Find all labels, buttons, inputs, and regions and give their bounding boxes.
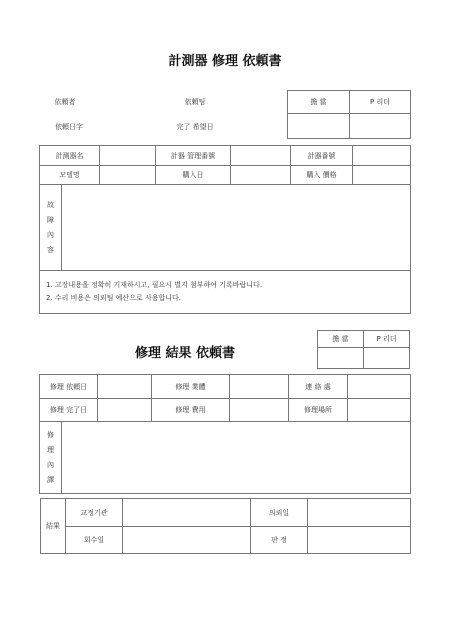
approval-header-staff: 擔 當 [288,91,350,114]
notes-box: 1. 고장내용을 정확히 기재하시고, 필요시 별지 첨부하여 기록바랍니다. … [40,271,411,314]
contact-field[interactable] [348,375,411,399]
result-approval-sign-leader[interactable] [364,348,410,369]
requester-label: 依頼者 [45,97,85,107]
repair-cost-field[interactable] [230,399,289,422]
management-number-field[interactable] [231,146,291,166]
calibration-agency-label: 교정기관 [66,499,123,527]
repair-details-section: 修 理 內 譯 [39,421,411,494]
purchase-date-label: 購入日 [156,166,231,185]
result-approval-header-staff: 擔 當 [318,331,364,348]
fault-section: 故 障 內 容 1. 고장내용을 정확히 기재하시고, 필요시 별지 첨부하여 … [39,184,411,314]
note-2: 2. 수리 비용은 의뢰팀 예산으로 사용합니다. [46,292,410,305]
result-approval-header-leader: P 리더 [364,331,410,348]
judgment-field[interactable] [308,527,411,554]
purchase-price-field[interactable] [353,166,411,185]
instrument-name-field[interactable] [100,146,156,166]
approval-header-leader: P 리더 [350,91,411,114]
result-table: 結果 교정기관 의뢰일 회수일 판 정 [40,498,411,554]
request-date-field[interactable] [308,499,411,527]
desired-completion-label: 完了 希望日 [165,122,225,132]
result-approval-sign-staff[interactable] [318,348,364,369]
repair-request-date-field[interactable] [98,375,152,399]
request-info-table: 計測器名 計器 管理番號 計器番號 모델명 購入日 購入 價格 [39,145,411,185]
purchase-date-field[interactable] [231,166,291,185]
repair-cost-label: 修理 費用 [152,399,230,422]
instrument-number-field[interactable] [353,146,411,166]
request-date-label: 依頼日字 [45,122,93,132]
instrument-number-label: 計器番號 [291,146,353,166]
request-date-label: 의뢰일 [251,499,308,527]
repair-completion-date-label: 修理 完了日 [40,399,98,422]
return-date-field[interactable] [123,527,251,554]
note-1: 1. 고장내용을 정확히 기재하시고, 필요시 별지 첨부하여 기록바랍니다. [46,279,410,292]
repair-location-field[interactable] [348,399,411,422]
purchase-price-label: 購入 價格 [291,166,353,185]
result-info-table: 修理 依頼日 修理 業體 連 絡 處 修理 完了日 修理 費用 修理場所 [39,374,411,422]
repair-vendor-label: 修理 業體 [152,375,230,399]
approval-sign-leader[interactable] [350,114,411,139]
repair-vendor-field[interactable] [230,375,289,399]
repair-request-date-label: 修理 依頼日 [40,375,98,399]
repair-details-field[interactable] [62,422,411,494]
repair-details-label: 修 理 內 譯 [40,422,62,494]
judgment-label: 판 정 [251,527,308,554]
repair-location-label: 修理場所 [289,399,348,422]
repair-completion-date-field[interactable] [98,399,152,422]
contact-label: 連 絡 處 [289,375,348,399]
management-number-label: 計器 管理番號 [156,146,231,166]
result-approval-box: 擔 當 P 리더 [317,330,410,369]
approval-sign-staff[interactable] [288,114,350,139]
return-date-label: 회수일 [66,527,123,554]
result-form-title: 修理 結果 依頼書 [110,342,260,361]
request-form-title: 計測器 修理 依頼書 [150,50,300,69]
request-approval-box: 擔 當 P 리더 [287,90,411,139]
calibration-agency-field[interactable] [123,499,251,527]
instrument-name-label: 計測器名 [40,146,100,166]
team-label: 依頼팀 [170,97,220,107]
result-group-label: 結果 [41,499,66,554]
fault-content-field[interactable] [62,185,411,271]
fault-label: 故 障 內 容 [40,185,62,271]
model-name-label: 모델명 [40,166,100,185]
model-name-field[interactable] [100,166,156,185]
